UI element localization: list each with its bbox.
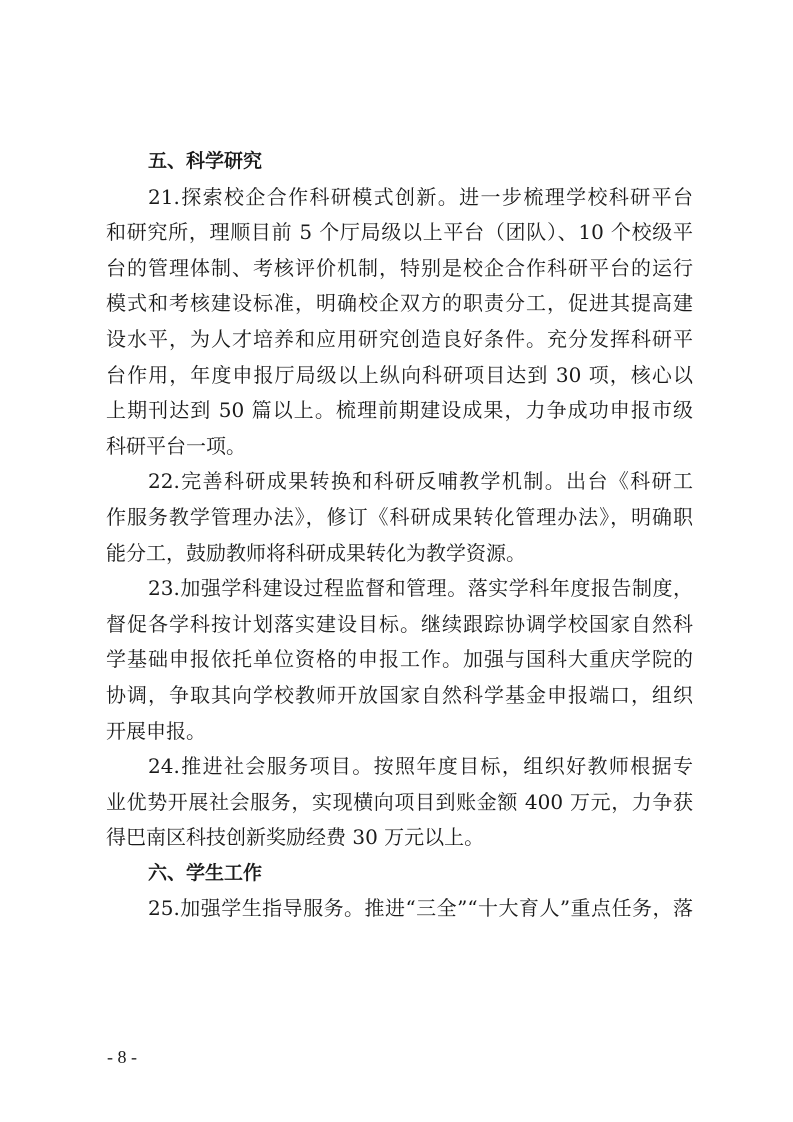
paragraph-24-line: 得巴南区科技创新奖励经费 30 万元以上。 [106,820,693,856]
paragraph-23-line: 23.加强学科建设过程监督和管理。落实学科年度报告制度， [106,571,693,607]
paragraph-21-line: 上期刊达到 50 篇以上。梳理前期建设成果，力争成功申报市级 [106,393,693,429]
paragraph-21-line: 设水平，为人才培养和应用研究创造良好条件。充分发挥科研平 [106,322,693,358]
section-heading-research: 五、科学研究 [106,144,693,180]
paragraph-21-line: 21.探索校企合作科研模式创新。进一步梳理学校科研平台 [106,180,693,216]
paragraph-22-line: 作服务教学管理办法》，修订《科研成果转化管理办法》，明确职 [106,500,693,536]
paragraph-22-line: 22.完善科研成果转换和科研反哺教学机制。出台《科研工 [106,464,693,500]
paragraph-21-line: 模式和考核建设标准，明确校企双方的职责分工，促进其提高建 [106,286,693,322]
paragraph-21-line: 台作用，年度申报厅局级以上纵向科研项目达到 30 项，核心以 [106,358,693,394]
page-number: - 8 - [107,1047,137,1068]
document-page: 五、科学研究 21.探索校企合作科研模式创新。进一步梳理学校科研平台 和研究所，… [106,144,693,927]
paragraph-24-line: 业优势开展社会服务，实现横向项目到账金额 400 万元，力争获 [106,785,693,821]
paragraph-25-line: 25.加强学生指导服务。推进“三全”“十大育人”重点任务，落 [106,891,693,927]
paragraph-23-line: 学基础申报依托单位资格的申报工作。加强与国科大重庆学院的 [106,642,693,678]
paragraph-23-line: 督促各学科按计划落实建设目标。继续跟踪协调学校国家自然科 [106,607,693,643]
section-heading-student-work: 六、学生工作 [106,856,693,892]
paragraph-21-line: 和研究所，理顺目前 5 个厅局级以上平台（团队）、10 个校级平 [106,215,693,251]
paragraph-21-line: 台的管理体制、考核评价机制，特别是校企合作科研平台的运行 [106,251,693,287]
paragraph-22-line: 能分工，鼓励教师将科研成果转化为教学资源。 [106,536,693,572]
paragraph-24-line: 24.推进社会服务项目。按照年度目标，组织好教师根据专 [106,749,693,785]
paragraph-23-line: 开展申报。 [106,714,693,750]
paragraph-21-line: 科研平台一项。 [106,429,693,465]
paragraph-23-line: 协调，争取其向学校教师开放国家自然科学基金申报端口，组织 [106,678,693,714]
